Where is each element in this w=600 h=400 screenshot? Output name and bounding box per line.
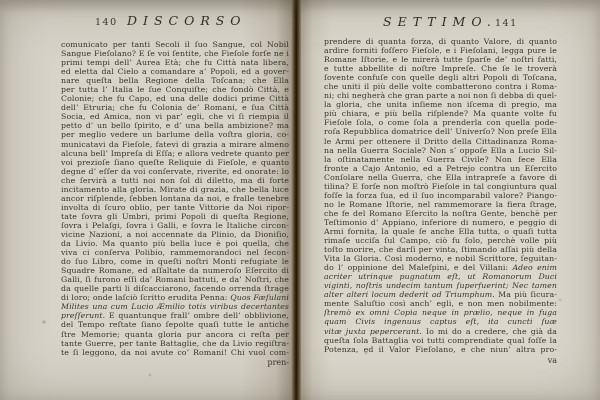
text-line: voi prezioſe ſiano queſte Reliquie di Fi… (61, 158, 289, 167)
text-line: comunicato per tanti Secoli il ſuo Sangu… (61, 40, 289, 49)
text-line: Sangue Fieſolano? E ſe voi ſentite, che … (61, 49, 289, 58)
text-line: Fieſole ſola, o come ſola a prenderla co… (324, 118, 557, 127)
left-page: 140 DISCORSO comunicato per tanti Secoli… (0, 0, 293, 400)
text-line: acriter utrinque pugnatum eſt, ut Romano… (324, 272, 557, 281)
right-page-number: 141 (495, 18, 518, 29)
text-line: tilina? E forſe non moſtrò Fieſole in ta… (324, 182, 557, 191)
text-line: roſa Repubblica domatrice dell’ Univerſo… (324, 127, 557, 136)
text-line: nare queſta bella Regione della Toſcana;… (61, 76, 289, 85)
text-line: da quelle parti li diſcacciarono, facend… (61, 284, 289, 293)
text-line: quam Civis ingenuus captus eſt, ita cunc… (324, 317, 557, 326)
text-line: Galli, ſì furono eſſi da’ Romani battuti… (61, 275, 289, 284)
text-line: ardire forniti foſſero Fieſole, e i Fieſ… (324, 46, 557, 55)
text-line: per meglio vedere un barlume della voſtr… (61, 130, 289, 139)
text-line: di loro; onde laſciò ſcritto erudita Pen… (61, 293, 289, 302)
text-line: foſſe la forza ſua, ed il ſuo incomparab… (324, 191, 557, 200)
left-text-column: comunicato per tanti Secoli il ſuo Sangu… (61, 40, 289, 357)
text-line: do ſuo Libro, come in queſti noſtri Mont… (61, 257, 289, 266)
text-line: no le Romane Iſtorie, nel rammemorare la… (324, 200, 557, 209)
text-line: ſovra i Pelaſgi, ſovra i Galli, e ſovra … (61, 221, 289, 230)
text-line: alcuna bell’ Impreſa di Eſſa; e allora v… (61, 149, 289, 158)
text-line: più chiara, e più bella riſplende? Ma qu… (324, 109, 557, 118)
text-line: Romane Iſtorie, e le mirerà tutte ſparſe… (324, 55, 557, 64)
text-line: mente Saluſtio così anch’ egli, e non me… (324, 299, 557, 308)
text-line: ſtremò ex omni Copia neque in prælio, ne… (324, 308, 557, 317)
text-line: ancor riſplende, ſebben lontana da noi, … (61, 194, 289, 203)
text-line: ſtre Memorie; quanta gloria pur ancora c… (61, 330, 289, 339)
text-line: Teſtimonio d’ Appiano, inferiore di nume… (324, 218, 557, 227)
text-line: che fe del Romano Eſercito la noſtra Gen… (324, 209, 557, 218)
text-line: la gloria, che unita inſieme non iſcema … (324, 100, 557, 109)
text-line: primi tempi dell’ Aurea Età; che fu Citt… (61, 58, 289, 67)
text-line: viva ci conſerva Polibio, rammemorandoci… (61, 248, 289, 257)
text-line: tate ſovra gli Umbri, primi Popoli di qu… (61, 212, 289, 221)
text-line: Colonie; che fu Capo, ed una delle dodic… (61, 94, 289, 103)
text-line: che uniti il più delle volte combatteron… (324, 82, 557, 91)
text-line: dell’ Etruria; che fu Colonia de’ Romani… (61, 103, 289, 112)
text-line: prendere di quanta forza, di quanto Valo… (324, 37, 557, 46)
text-line: ni; chi negherà che gran parte a noi non… (324, 91, 557, 100)
right-page: SETTIMO. 141 prendere di quanta forza, d… (301, 0, 600, 400)
text-line: del Tempo reſtate ſiano ſepolte quaſi tu… (61, 320, 289, 329)
text-line: Milites una cum Lucio Æmilio totis virib… (61, 302, 289, 311)
text-line: fronte a Cajo Antonio, ed a Petrejo cont… (324, 164, 557, 173)
text-line: da Livio. Ma quanto più bella luce è poi… (61, 239, 289, 248)
text-line: preſſerunt. E quantunque frall’ ombre de… (61, 311, 289, 320)
text-line: municatavi da Fieſole, fatevi di grazia … (61, 140, 289, 149)
text-line: toſto morire, che darſi per vinta, ſtima… (324, 245, 557, 254)
text-line: per tutta l’ Italia le ſue Conquiſte; ch… (61, 85, 289, 94)
right-text-column: prendere di quanta forza, di quanto Valo… (324, 37, 557, 354)
text-line: viginti, noſtris undecim tantum ſuperfue… (324, 281, 557, 290)
left-page-number: 140 (95, 17, 118, 28)
text-line: e tutte abbellite di noſtre Impreſe. Che… (324, 64, 557, 73)
text-line: Vita la Gloria. Così moderno, e nobil Sc… (324, 254, 557, 263)
text-line: na nella Guerra Sociale? Non s’ oppoſe E… (324, 146, 557, 155)
book-gutter (291, 0, 301, 400)
text-line: petto d’ un bello ſpirito, e d’ una bell… (61, 121, 289, 130)
text-line: Squadre Romane, ed aſſaltate da numeroſo… (61, 266, 289, 275)
text-line: do l’ oppinione del Maleſpini, e del Vil… (324, 263, 557, 272)
text-line: che ſervirà a tutti noi non ſol di dilet… (61, 176, 289, 185)
right-catchword: va (324, 356, 583, 366)
text-line: ſovente confuſe con quelle degli altri P… (324, 73, 557, 82)
right-running-title: SETTIMO. (383, 14, 497, 29)
text-line: rimaſe ucciſa ſul Campo, ciò fu ſolo, pe… (324, 236, 557, 245)
text-line: Socia, ed Amica, non vi par’ egli, che v… (61, 112, 289, 121)
text-line: te ſi leggono, da noi avute co’ Romani! … (61, 348, 289, 357)
text-line: tante Guerre, per tante Battaglie, che d… (61, 339, 289, 348)
text-line: degne d’ eſſer da voi conſervate, riveri… (61, 167, 289, 176)
text-line: Armi fornita, la quale ſe anche Ella tut… (324, 227, 557, 236)
text-line: vicine Nazioni, a noi accennate da Plini… (61, 230, 289, 239)
text-line: Potenza, ed il Valor Fieſolano, e che ni… (324, 345, 557, 354)
text-line: queſta ſola Battaglia voi tutti comprend… (324, 336, 557, 345)
text-line: le Armi per ottenere il Dritto della Cit… (324, 137, 557, 146)
text-line: alter alteri locum dederit ad Triumphum.… (324, 290, 557, 299)
text-line: Conſolare nella Guerra, che Ella intrapr… (324, 173, 557, 182)
text-line: involta di ſcuro oblio, per tante Vittor… (61, 203, 289, 212)
left-running-title: DISCORSO (127, 13, 247, 28)
text-line: vitæ juxta pepercerant. Io mi do a crede… (324, 327, 557, 336)
text-line: la oſtinatamente nella Guerra Civile? No… (324, 155, 557, 164)
text-line: ed eletta dal Cielo a comandare a’ Popol… (61, 67, 289, 76)
text-line: incitamento alla gloria. Mirate di grazi… (61, 185, 289, 194)
